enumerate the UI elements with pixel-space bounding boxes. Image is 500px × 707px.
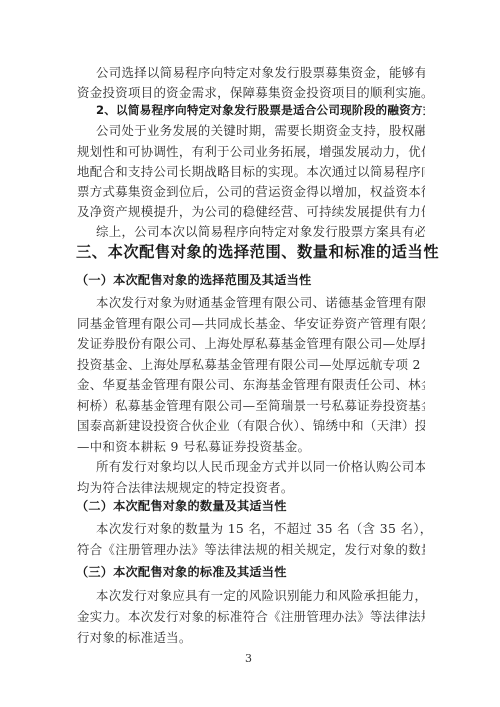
paragraph-line: 行对象的标准适当。 <box>77 630 425 646</box>
paragraph-line: 发证券股份有限公司、上海处厚私募基金管理有限公司—处厚拙巧抱朴私募证券 <box>77 336 425 352</box>
page-number: 3 <box>245 652 252 666</box>
paragraph-line: 国泰高新建设投资合伙企业（有限合伙）、锦绣中和（天津）投资管理有限公司 <box>77 418 425 434</box>
paragraph-line: 柯桥）私募基金管理有限公司—至简瑞景一号私募证券投资基金、于振寰、济南 <box>77 398 425 414</box>
paragraph-line: 投资基金、上海处厚私募基金管理有限公司—处厚远航专项 2 号私募证券投资基 <box>77 357 425 373</box>
section-heading: 三、本次配售对象的选择范围、数量和标准的适当性 <box>76 242 439 262</box>
paragraph-line: 同基金管理有限公司—共同成长基金、华安证券资产管理有限公司、陈吴星、广 <box>77 316 425 332</box>
paragraph-line: 均为符合法律法规规定的特定投资者。 <box>77 480 425 496</box>
paragraph-line: 本次发行对象为财通基金管理有限公司、诺德基金管理有限公司、深圳市共 <box>96 295 425 311</box>
paragraph-line: 票方式募集资金到位后，公司的营运资金得以增加，权益资本得以夯实，总资产 <box>77 184 425 200</box>
paragraph-line: 所有发行对象均以人民币现金方式并以同一价格认购公司本次发行的股票， <box>96 459 425 475</box>
paragraph-line: 规划性和可协调性，有利于公司业务拓展，增强发展动力，优化资本结构，更好 <box>77 144 425 160</box>
paragraph-line: 本次发行对象的数量为 15 名，不超过 35 名（含 35 名），发行对象的数量 <box>96 521 425 537</box>
paragraph-line: 及净资产规模提升，为公司的稳健经营、可持续发展提供有力保障。 <box>77 204 425 220</box>
paragraph-line: —中和资本耕耘 9 号私募证券投资基金。 <box>77 439 425 455</box>
paragraph-line: 符合《注册管理办法》等法律法规的相关规定，发行对象的数量适当。 <box>77 542 425 558</box>
subsection-heading: （一）本次配售对象的选择范围及其适当性 <box>76 272 311 288</box>
paragraph-line: 公司处于业务发展的关键时期，需要长期资金支持，股权融资具有较好的可 <box>96 123 425 139</box>
subsection-heading: （二）本次配售对象的数量及其适当性 <box>76 498 287 514</box>
paragraph-line: 公司选择以简易程序向特定对象发行股票募集资金，能够有效解决上述募集 <box>96 65 425 81</box>
paragraph-line: 金实力。本次发行对象的标准符合《注册管理办法》等法律法规的相关规定，发 <box>77 609 425 625</box>
paragraph-line: 资金投资项目的资金需求，保障募集资金投资项目的顺利实施。 <box>77 85 425 101</box>
paragraph-line: 地配合和支持公司长期战略目标的实现。本次通过以简易程序向特定对象发行股 <box>77 164 425 180</box>
subsection-heading: （三）本次配售对象的标准及其适当性 <box>76 564 287 580</box>
paragraph-line: 金、华夏基金管理有限公司、东海基金管理有限责任公司、林金涛、至简（绍兴 <box>77 377 425 393</box>
subheading: 2、以简易程序向特定对象发行股票是适合公司现阶段的融资方式 <box>96 102 425 118</box>
paragraph-line: 综上，公司本次以简易程序向特定对象发行股票方案具有必要性。 <box>96 224 425 240</box>
paragraph-line: 本次发行对象应具有一定的风险识别能力和风险承担能力，并具备相应的资 <box>96 588 425 604</box>
